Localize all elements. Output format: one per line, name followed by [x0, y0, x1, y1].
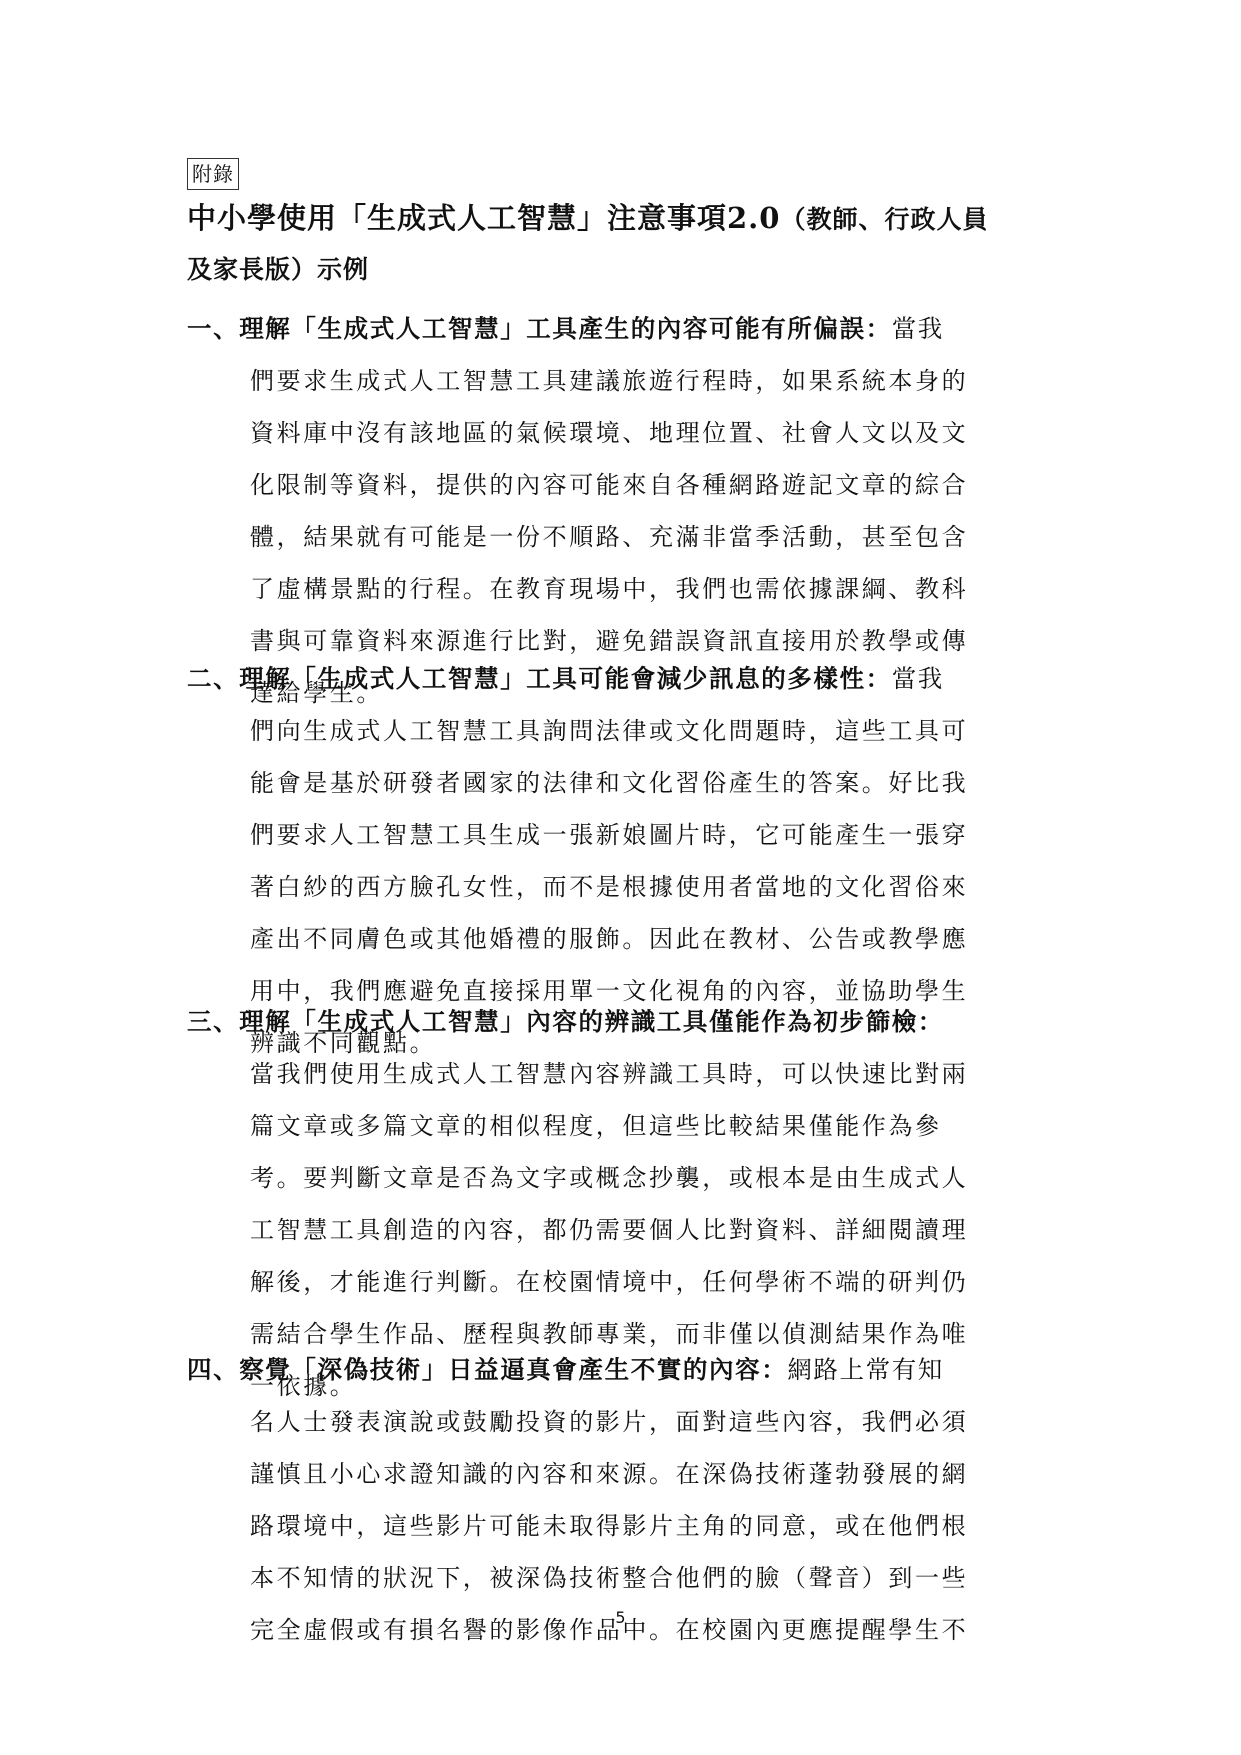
section-number: 四、 [187, 1355, 239, 1384]
document-title: 中小學使用「生成式人工智慧」注意事項2.0（教師、行政人員 及家長版）示例 [187, 193, 1067, 295]
paragraph-line: 考。要判斷文章是否為文字或概念抄襲，或根本是由生成式人 [187, 1152, 1047, 1204]
section-heading: 四、察覺「深偽技術」日益逼真會產生不實的內容：網路上常有知 [187, 1344, 1047, 1396]
paragraph-line: 當我們使用生成式人工智慧內容辨識工具時，可以快速比對兩 [187, 1048, 1047, 1100]
section-number: 三、 [187, 1007, 239, 1036]
paragraph-line: 產出不同膚色或其他婚禮的服飾。因此在教材、公告或教學應 [187, 913, 1047, 965]
paragraph-line: 化限制等資料，提供的內容可能來自各種網路遊記文章的綜合 [187, 459, 1047, 511]
section-heading-text: 理解「生成式人工智慧」內容的辨識工具僅能作為初步篩檢： [239, 1007, 944, 1036]
section-heading-text: 理解「生成式人工智慧」工具產生的內容可能有所偏誤： [239, 314, 892, 343]
paragraph-line: 解後，才能進行判斷。在校園情境中，任何學術不端的研判仍 [187, 1256, 1047, 1308]
section-heading-tail: 網路上常有知 [787, 1355, 944, 1384]
title-line2: 及家長版）示例 [187, 245, 1067, 295]
section-heading: 三、理解「生成式人工智慧」內容的辨識工具僅能作為初步篩檢： [187, 996, 1047, 1048]
page-number: 5 [0, 1608, 1241, 1627]
section-heading-tail: 當我 [892, 314, 944, 343]
paragraph-line: 工智慧工具創造的內容，都仍需要個人比對資料、詳細閱讀理 [187, 1204, 1047, 1256]
title-sub: （教師、行政人員 [780, 205, 988, 234]
paragraph-line: 本不知情的狀況下，被深偽技術整合他們的臉（聲音）到一些 [187, 1552, 1047, 1604]
paragraph-line: 資料庫中沒有該地區的氣候環境、地理位置、社會人文以及文 [187, 407, 1047, 459]
paragraph-line: 體，結果就有可能是一份不順路、充滿非當季活動，甚至包含 [187, 511, 1047, 563]
paragraph-line: 們要求人工智慧工具生成一張新娘圖片時，它可能產生一張穿 [187, 809, 1047, 861]
section-heading: 二、理解「生成式人工智慧」工具可能會減少訊息的多樣性：當我 [187, 653, 1047, 705]
section-number: 一、 [187, 314, 239, 343]
section-number: 二、 [187, 664, 239, 693]
paragraph-line: 著白紗的西方臉孔女性，而不是根據使用者當地的文化習俗來 [187, 861, 1047, 913]
paragraph-line: 能會是基於研發者國家的法律和文化習俗產生的答案。好比我 [187, 757, 1047, 809]
paragraph-line: 路環境中，這些影片可能未取得影片主角的同意，或在他們根 [187, 1500, 1047, 1552]
paragraph-line: 名人士發表演說或鼓勵投資的影片，面對這些內容，我們必須 [187, 1396, 1047, 1448]
section-heading-text: 察覺「深偽技術」日益逼真會產生不實的內容： [239, 1355, 787, 1384]
paragraph-line: 謹慎且小心求證知識的內容和來源。在深偽技術蓬勃發展的網 [187, 1448, 1047, 1500]
section-heading-tail: 當我 [892, 664, 944, 693]
paragraph-line: 篇文章或多篇文章的相似程度，但這些比較結果僅能作為參 [187, 1100, 1047, 1152]
paragraph-line: 們向生成式人工智慧工具詢問法律或文化問題時，這些工具可 [187, 705, 1047, 757]
paragraph-line: 了虛構景點的行程。在教育現場中，我們也需依據課綱、教科 [187, 563, 1047, 615]
appendix-tag: 附錄 [187, 158, 239, 190]
paragraph-line: 們要求生成式人工智慧工具建議旅遊行程時，如果系統本身的 [187, 355, 1047, 407]
section-heading-text: 理解「生成式人工智慧」工具可能會減少訊息的多樣性： [239, 664, 892, 693]
section-heading: 一、理解「生成式人工智慧」工具產生的內容可能有所偏誤：當我 [187, 303, 1047, 355]
title-main: 中小學使用「生成式人工智慧」注意事項2.0 [187, 201, 780, 235]
